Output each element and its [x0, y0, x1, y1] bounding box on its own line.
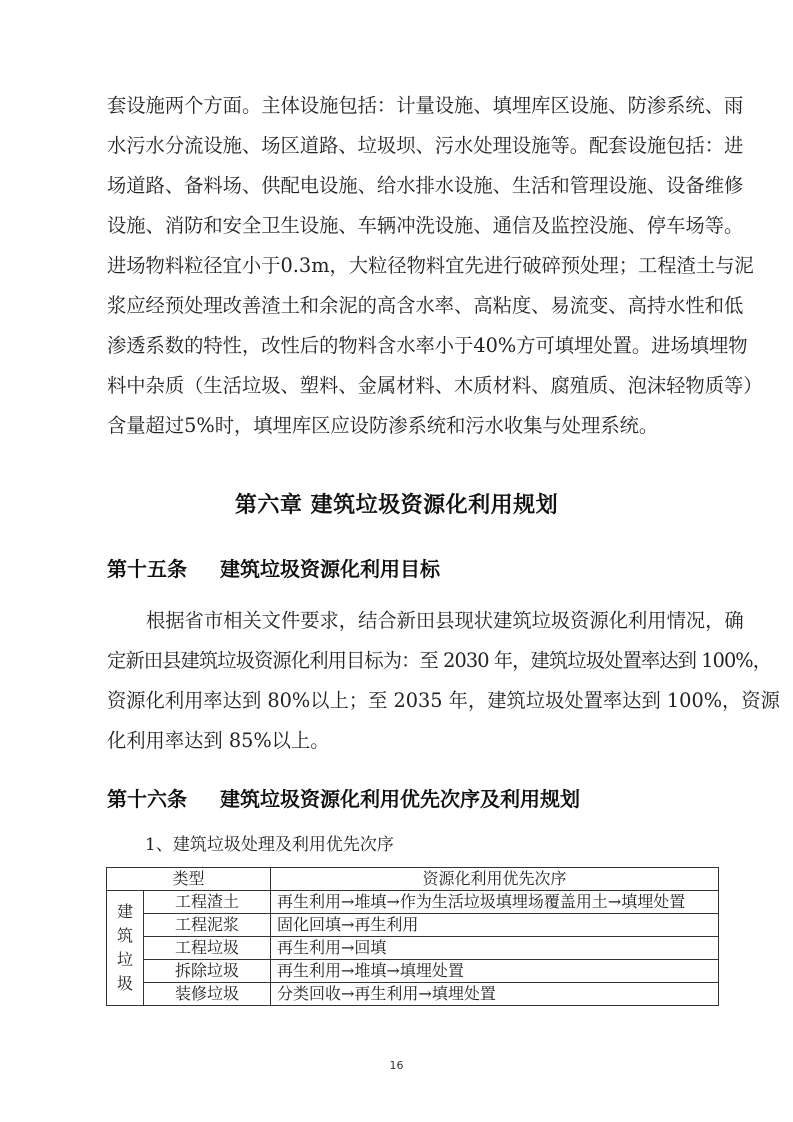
table-row: 装修垃圾 分类回收→再生利用→填埋处置: [107, 983, 719, 1006]
paragraph-line: 化利用率达到 85%以上。: [107, 721, 719, 761]
paragraph-line: 水污水分流设施、场区道路、垃圾坝、污水处理设施等。配套设施包括：进: [107, 126, 719, 166]
group-label-cell: 建 筑 垃 圾: [107, 891, 144, 1006]
group-label-char: 筑: [107, 924, 143, 948]
article-title: 建筑垃圾资源化利用优先次序及利用规划: [220, 787, 580, 811]
article-15-heading: 第十五条建筑垃圾资源化利用目标: [107, 553, 440, 582]
type-cell: 拆除垃圾: [144, 960, 271, 983]
group-label-char: 圾: [107, 972, 143, 996]
type-cell: 工程泥浆: [144, 914, 271, 937]
table-header-row: 类型 资源化利用优先次序: [107, 868, 719, 891]
priority-table: 类型 资源化利用优先次序 建 筑 垃 圾 工程渣土 再生利用→堆填→作为生活垃圾…: [106, 867, 719, 1006]
group-label-char: 垃: [107, 948, 143, 972]
page-number: 16: [0, 1059, 793, 1072]
article-number: 第十五条: [107, 553, 220, 582]
document-page: 套设施两个方面。主体设施包括：计量设施、填埋库区设施、防渗系统、雨 水污水分流设…: [0, 0, 793, 1122]
paragraph-line: 设施、消防和安全卫生设施、车辆冲洗设施、通信及监控没施、停车场等。: [107, 206, 719, 246]
paragraph-line: 浆应经预处理改善渣土和余泥的高含水率、高粘度、易流变、高持水性和低: [107, 286, 719, 326]
paragraph-line: 渗透系数的特性，改性后的物料含水率小于40%方可填埋处置。进场填埋物: [107, 326, 719, 366]
header-order: 资源化利用优先次序: [271, 868, 719, 891]
group-label-char: 建: [107, 900, 143, 924]
paragraph-line: 场道路、备料场、供配电设施、给水排水设施、生活和管理设施、设备维修: [107, 166, 719, 206]
table-row: 拆除垃圾 再生利用→堆填→填埋处置: [107, 960, 719, 983]
table-row: 工程垃圾 再生利用→回填: [107, 937, 719, 960]
type-cell: 工程垃圾: [144, 937, 271, 960]
type-cell: 装修垃圾: [144, 983, 271, 1006]
order-cell: 再生利用→堆填→填埋处置: [271, 960, 719, 983]
paragraph-line: 含量超过5%时，填埋库区应设防渗系统和污水收集与处理系统。: [107, 406, 719, 446]
paragraph-line: 根据省市相关文件要求，结合新田县现状建筑垃圾资源化利用情况，确: [107, 601, 719, 641]
order-cell: 再生利用→回填: [271, 937, 719, 960]
continuation-paragraph: 套设施两个方面。主体设施包括：计量设施、填埋库区设施、防渗系统、雨 水污水分流设…: [107, 86, 719, 446]
table-caption: 1、建筑垃圾处理及利用优先次序: [145, 830, 394, 855]
order-cell: 固化回填→再生利用: [271, 914, 719, 937]
article-number: 第十六条: [107, 783, 220, 812]
paragraph-line: 套设施两个方面。主体设施包括：计量设施、填埋库区设施、防渗系统、雨: [107, 86, 719, 126]
article-title: 建筑垃圾资源化利用目标: [220, 557, 440, 581]
article-16-heading: 第十六条建筑垃圾资源化利用优先次序及利用规划: [107, 783, 580, 812]
header-type: 类型: [107, 868, 271, 891]
paragraph-line: 资源化利用率达到 80%以上；至 2035 年，建筑垃圾处置率达到 100%，资…: [107, 681, 719, 721]
order-cell: 再生利用→堆填→作为生活垃圾填埋场覆盖用土→填埋处置: [271, 891, 719, 914]
paragraph-line: 料中杂质（生活垃圾、塑料、金属材料、木质材料、腐殖质、泡沫轻物质等）: [107, 366, 719, 406]
table-row: 建 筑 垃 圾 工程渣土 再生利用→堆填→作为生活垃圾填埋场覆盖用土→填埋处置: [107, 891, 719, 914]
article-15-body: 根据省市相关文件要求，结合新田县现状建筑垃圾资源化利用情况，确 定新田县建筑垃圾…: [107, 601, 719, 761]
type-cell: 工程渣土: [144, 891, 271, 914]
table-row: 工程泥浆 固化回填→再生利用: [107, 914, 719, 937]
paragraph-line: 进场物料粒径宜小于0.3m，大粒径物料宜先进行破碎预处理；工程渣土与泥: [107, 246, 719, 286]
order-cell: 分类回收→再生利用→填埋处置: [271, 983, 719, 1006]
paragraph-line: 定新田县建筑垃圾资源化利用目标为：至 2030 年，建筑垃圾处置率达到 100%…: [107, 641, 719, 681]
chapter-heading: 第六章 建筑垃圾资源化利用规划: [0, 488, 793, 519]
